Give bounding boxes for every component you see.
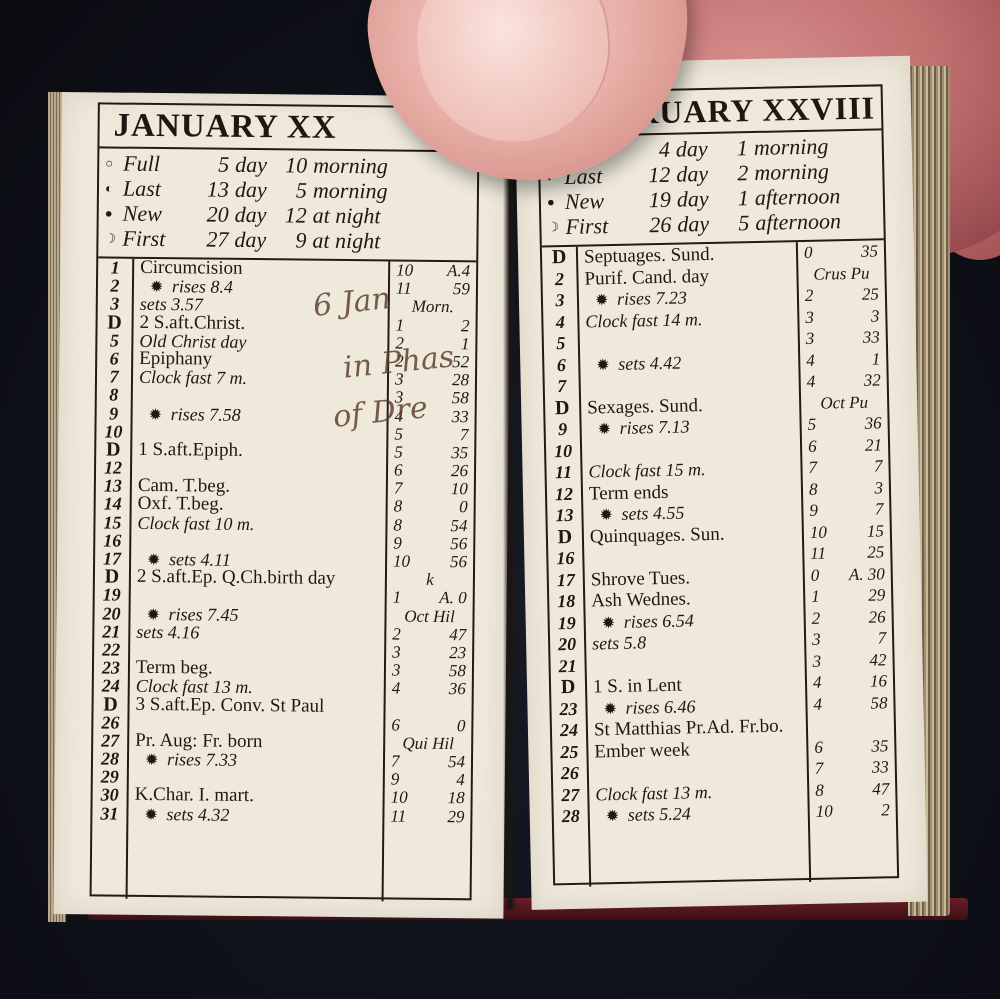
almanac-book: JANUARY XX ○Full5day10morning◐Last13day5… [48,60,953,930]
moon-hour: 2 [811,607,820,629]
january-page: JANUARY XX ○Full5day10morning◐Last13day5… [53,92,512,919]
moon-hour: 6 [391,716,400,734]
phase-hour: 10 [277,152,313,177]
phase-day: 13 [195,176,235,201]
event-text: rises 7.33 [167,749,237,770]
event-text: rises 7.58 [171,404,241,425]
moon-time: 94 [385,771,471,790]
moon-phase-row: ☽First27day9at night [104,225,476,254]
calendar-table: D234567D910111213D161718192021D232425262… [542,240,897,887]
moon-minute: 35 [451,444,468,462]
day-number: 16 [95,531,129,550]
day-number: D [97,313,131,332]
phase-time-of-day: morning [313,153,388,179]
moon-hour: 5 [394,443,403,461]
last-quarter-icon: ◐ [105,175,123,200]
moon-minute: 18 [448,790,465,808]
moon-hour: 4 [813,693,822,715]
moon-hour: 1 [393,589,402,607]
phase-day: 12 [636,162,677,188]
day-number: 3 [543,290,577,312]
moon-time: 342 [806,649,892,672]
full-moon-icon: ○ [105,150,123,175]
event-text: sets 4.42 [618,352,681,373]
moon-minute: 7 [877,627,886,649]
moon-minute: 3 [874,477,883,499]
phase-name: New [123,201,195,227]
moon-minute: 35 [861,240,878,262]
moon-minute: 16 [870,670,887,692]
day-number: 16 [548,548,582,570]
day-number: 21 [94,622,128,641]
sun-icon: ✹ [595,290,613,312]
event-text: Septuages. Sund. [584,244,715,268]
moon-label: Qui Hil [385,734,471,753]
moon-time: 83 [803,477,889,500]
moon-time: 129 [805,584,891,607]
moon-time: 57 [388,425,474,444]
moon-time: 436 [386,680,472,699]
moon-phase-row: ●New20day12at night [105,200,477,229]
phase-day: 19 [637,187,678,213]
moon-minute: 15 [867,520,884,542]
moon-time: 847 [809,778,895,801]
day-number: 12 [547,483,581,505]
moon-minute: 7 [875,498,884,520]
moon-time: 226 [805,606,891,629]
event-text: sets 4.55 [621,503,684,524]
moon-minute: 59 [453,280,470,298]
phase-day-label: day [235,202,277,227]
day-number: 28 [554,806,588,828]
moon-hour: 3 [805,306,814,328]
sun-icon: ✹ [602,612,620,634]
moon-minute: 54 [448,753,465,771]
moon-time: 854 [387,516,473,535]
moon-minute: 1 [872,348,881,370]
moon-minute: 1 [461,335,470,353]
moon-minute: 58 [452,389,469,407]
moon-time: 733 [809,756,895,779]
day-number: 6 [544,354,578,376]
moon-hour: 2 [392,625,401,643]
moon-hour: 6 [814,736,823,758]
phase-day-label: day [235,152,277,177]
book-gutter [503,140,517,910]
phase-hour: 5 [277,177,313,202]
new-moon-icon: ● [105,200,123,225]
day-number: D [551,677,585,699]
moon-hour: 6 [394,462,403,480]
february-page: RUARY XXVIII ○Full4day1morning◐Last12day… [514,56,928,910]
moon-time: 323 [386,643,472,662]
moon-minute: 35 [871,735,888,757]
moon-minute: 2 [881,799,890,821]
day-number: 24 [94,677,128,696]
moon-label [385,698,471,717]
phase-day-label: day [676,161,719,187]
first-quarter-icon: ☽ [104,225,122,250]
moon-minute: 26 [451,462,468,480]
day-number: 4 [543,311,577,333]
day-number: 7 [97,368,131,387]
moon-minute: 29 [447,808,464,826]
event-text: Term ends [589,481,669,504]
moon-label: Crus Pu [798,262,884,285]
day-number: 19 [550,612,584,634]
day-number: D [545,397,579,419]
day-number: 11 [546,462,580,484]
event-text: rises 7.23 [617,287,687,308]
day-number: 20 [94,604,128,623]
moon-time: 621 [802,434,888,457]
day-number: 30 [93,786,127,805]
moon-hour: 3 [392,643,401,661]
sun-icon: ✹ [144,807,162,825]
moon-time: 358 [386,662,472,681]
moon-time: 626 [388,461,474,480]
moon-time: 754 [385,752,471,771]
event-text: Purif. Cand. day [584,265,709,289]
january-frame: JANUARY XX ○Full5day10morning◐Last13day5… [90,102,480,900]
phase-time-of-day: morning [313,178,388,204]
moon-time: 535 [388,443,474,462]
day-number: 6 [97,349,131,368]
event-text: Ember week [594,739,690,762]
day-number: 14 [96,495,130,514]
moon-hour: 8 [393,516,402,534]
moon-minute: 54 [450,517,467,535]
moon-hour: 10 [391,789,408,807]
moon-minute: 58 [449,662,466,680]
event-text: rises 6.46 [625,696,695,717]
sun-icon: ✹ [599,505,617,527]
phase-hour: 1 [718,135,755,161]
day-number: D [95,568,129,587]
moon-time: 956 [387,534,473,553]
event-text: sets 5.24 [628,803,691,824]
moon-time: 37 [806,627,892,650]
phase-day-label: day [677,211,720,237]
moon-minute: 26 [868,606,885,628]
day-number: D [548,526,582,548]
day-number: 15 [95,513,129,532]
phase-day-label: day [234,227,276,252]
event-text: Clock fast 15 m. [588,459,705,481]
moon-rise-column: 035Crus Pu2253333341432Oct Pu53662177839… [798,240,897,882]
phase-name: New [565,187,638,214]
event-text: Sexages. Sund. [587,395,703,418]
moon-hour: 3 [812,629,821,651]
moon-hour: 11 [396,280,412,298]
moon-time: 416 [807,670,893,693]
day-number: 12 [96,458,130,477]
moon-hour: 9 [809,500,818,522]
moon-hour: 4 [806,349,815,371]
phase-day: 20 [195,201,235,226]
sun-icon: ✹ [596,354,614,376]
phase-day-label: day [676,136,719,162]
moon-minute: 2 [461,317,470,335]
day-number: 2 [98,277,132,296]
phase-day: 4 [636,137,677,163]
day-number: 28 [93,749,127,768]
event-text: Clock fast 13 m. [595,782,712,804]
moon-label: Morn. [390,298,476,317]
phase-time-of-day: afternoon [755,183,841,210]
day-number: 13 [96,477,130,496]
moon-hour: 7 [391,753,400,771]
moon-label: Oct Hil [386,607,472,626]
moon-minute: A. 0 [439,589,467,607]
moon-hour: 1 [395,316,404,334]
moon-time: 635 [808,735,894,758]
moon-phase-row: ○Full5day10morning [105,150,477,179]
day-number: 25 [552,741,586,763]
moon-time: 12 [389,316,475,335]
moon-minute: 29 [868,584,885,606]
moon-hour: 3 [806,328,815,350]
moon-minute: 25 [867,541,884,563]
moon-time: 333 [800,326,886,349]
moon-time: 710 [388,480,474,499]
moon-minute: 42 [869,649,886,671]
moon-minute: 36 [449,680,466,698]
moon-hour: 7 [394,480,403,498]
moon-hour: 0 [804,242,813,264]
moon-time: 536 [801,412,887,435]
moon-phases: ○Full5day10morning◐Last13day5morning●New… [98,148,477,262]
day-number: 1 [98,258,132,277]
moon-hour: 0 [811,564,820,586]
phase-day: 5 [195,151,235,176]
day-number: 24 [552,720,586,742]
day-number: 5 [544,333,578,355]
day-number: D [542,247,576,269]
day-number: 23 [551,698,585,720]
moon-hour: 8 [815,779,824,801]
day-number: 18 [549,591,583,613]
event-text: rises 7.13 [619,416,689,437]
day-number: 8 [97,386,131,405]
moon-hour: 5 [807,414,816,436]
event-cell: ✹sets 4.32 [128,804,382,825]
moon-hour: 1 [811,586,820,608]
moon-minute: 56 [450,553,467,571]
moon-time: 035 [798,240,884,263]
event-cell: ✹sets 5.24 [590,801,808,827]
day-number: D [93,695,127,714]
day-number: 31 [92,804,126,823]
moon-time: 1015 [804,520,890,543]
event-text: rises 6.54 [623,610,693,631]
phase-day: 26 [637,212,678,238]
moon-minute: 7 [874,455,883,477]
phase-day: 27 [194,226,234,251]
event-text: sets 5.8 [592,632,646,653]
day-number: 13 [547,505,581,527]
moon-hour: 4 [806,371,815,393]
moon-time: 0A. 30 [805,563,891,586]
moon-minute: 33 [872,756,889,778]
day-number: 29 [93,768,127,787]
moon-minute: 0 [457,717,466,735]
moon-time: 1129 [384,807,470,826]
moon-time: 80 [388,498,474,517]
moon-hour: 10 [396,262,413,280]
day-number: 5 [97,331,131,350]
event-text: Quinquages. Sun. [590,523,725,547]
event-text: 1 S. in Lent [593,675,682,698]
sun-icon: ✹ [597,419,615,441]
moon-minute: 58 [870,692,887,714]
day-number: D [96,440,130,459]
moon-hour: 10 [810,521,827,543]
moon-hour: 9 [393,534,402,552]
day-number: 9 [545,419,579,441]
phase-hour: 2 [718,160,755,186]
moon-minute: 32 [863,369,880,391]
moon-time: 1125 [804,541,890,564]
moon-time: 432 [800,369,886,392]
moon-phase-row: ◐Last13day5morning [105,175,477,204]
moon-minute: A.4 [447,262,470,280]
moon-time: 1056 [387,552,473,571]
event-text: Shrove Tues. [591,567,691,590]
phase-time-of-day: morning [754,133,829,160]
moon-minute: 56 [450,535,467,553]
phase-day-label: day [235,177,277,202]
day-number: 26 [553,763,587,785]
february-frame: RUARY XXVIII ○Full4day1morning◐Last12day… [537,84,900,885]
day-number: 23 [94,658,128,677]
day-number: 2 [542,268,576,290]
moon-minute: 4 [456,771,465,789]
moon-time: 77 [802,455,888,478]
phase-hour: 9 [276,227,312,252]
moon-minute: 47 [872,778,889,800]
day-number: 17 [549,569,583,591]
events-column: Septuages. Sund.Purif. Cand. day✹rises 7… [578,242,811,886]
phase-hour: 12 [277,202,313,227]
phase-name: First [565,212,638,239]
day-number: 27 [553,784,587,806]
phase-name: First [122,226,194,252]
moon-minute: 33 [452,408,469,426]
phase-time-of-day: morning [754,158,829,185]
moon-hour: 7 [808,457,817,479]
moon-minute: 10 [451,480,468,498]
moon-time: 247 [386,625,472,644]
moon-minute: 23 [449,644,466,662]
moon-hour: 11 [390,807,406,825]
moon-label [808,713,894,736]
moon-minute: 33 [863,326,880,348]
moon-time: 1018 [385,789,471,808]
event-text: Clock fast 10 m. [137,512,254,533]
moon-hour: 3 [812,650,821,672]
moon-minute: 21 [865,434,882,456]
moon-hour: 9 [391,771,400,789]
moon-minute: 47 [449,626,466,644]
day-number: 26 [93,713,127,732]
event-text: Clock fast 14 m. [585,309,702,331]
moon-hour: 11 [810,543,826,565]
phase-time-of-day: at night [313,203,381,229]
moon-label: k [387,571,473,590]
moon-minute: A. 30 [849,563,885,585]
moon-minute: 0 [459,499,468,517]
day-number: 7 [545,376,579,398]
moon-hour: 4 [392,680,401,698]
sun-icon: ✹ [606,806,624,828]
moon-time: 97 [803,498,889,521]
first-quarter-icon: ☽ [547,214,566,239]
phase-time-of-day: afternoon [755,208,841,235]
moon-time: 10A.4 [390,261,476,280]
moon-hour: 4 [813,672,822,694]
day-number: 9 [97,404,131,423]
moon-time: 41 [800,348,886,371]
moon-time: 1A. 0 [387,589,473,608]
moon-minute: 25 [862,283,879,305]
moon-hour: 7 [815,758,824,780]
new-moon-icon: ● [547,189,566,214]
day-number: 10 [546,440,580,462]
moon-hour: 8 [394,498,403,516]
phase-name: Last [123,176,195,202]
day-number: 19 [95,586,129,605]
day-number: 3 [98,295,132,314]
moon-time: 60 [385,716,471,735]
moon-time: 1159 [390,280,476,299]
event-text: sets 4.32 [166,804,229,825]
phase-hour: 1 [719,185,756,211]
moon-label: Oct Pu [801,391,887,414]
moon-hour: 6 [808,435,817,457]
phase-hour: 5 [719,210,756,236]
moon-hour: 10 [393,552,410,570]
moon-time: 458 [807,692,893,715]
sun-icon: ✹ [603,698,621,720]
event-text: 1 S.aft.Epiph. [138,439,243,461]
day-number: 21 [550,655,584,677]
photo-scene: JANUARY XX ○Full5day10morning◐Last13day5… [0,0,1000,999]
phase-name: Full [123,151,195,177]
day-number: 20 [550,634,584,656]
event-text: sets 4.16 [136,622,199,643]
moon-hour: 3 [392,662,401,680]
phase-day-label: day [677,186,720,212]
moon-hour: 10 [815,800,832,822]
day-number: 27 [93,731,127,750]
moon-time: 225 [799,283,885,306]
moon-hour: 8 [809,478,818,500]
moon-time: 33 [799,305,885,328]
moon-hour: 2 [805,285,814,307]
moon-minute: 7 [460,426,469,444]
moon-minute: 36 [864,412,881,434]
moon-time: 102 [809,799,895,822]
phase-time-of-day: at night [312,228,380,254]
event-text: Clock fast 7 m. [139,367,247,388]
day-number: 22 [94,640,128,659]
moon-minute: 3 [871,305,880,327]
event-text: Ash Wednes. [591,588,691,611]
